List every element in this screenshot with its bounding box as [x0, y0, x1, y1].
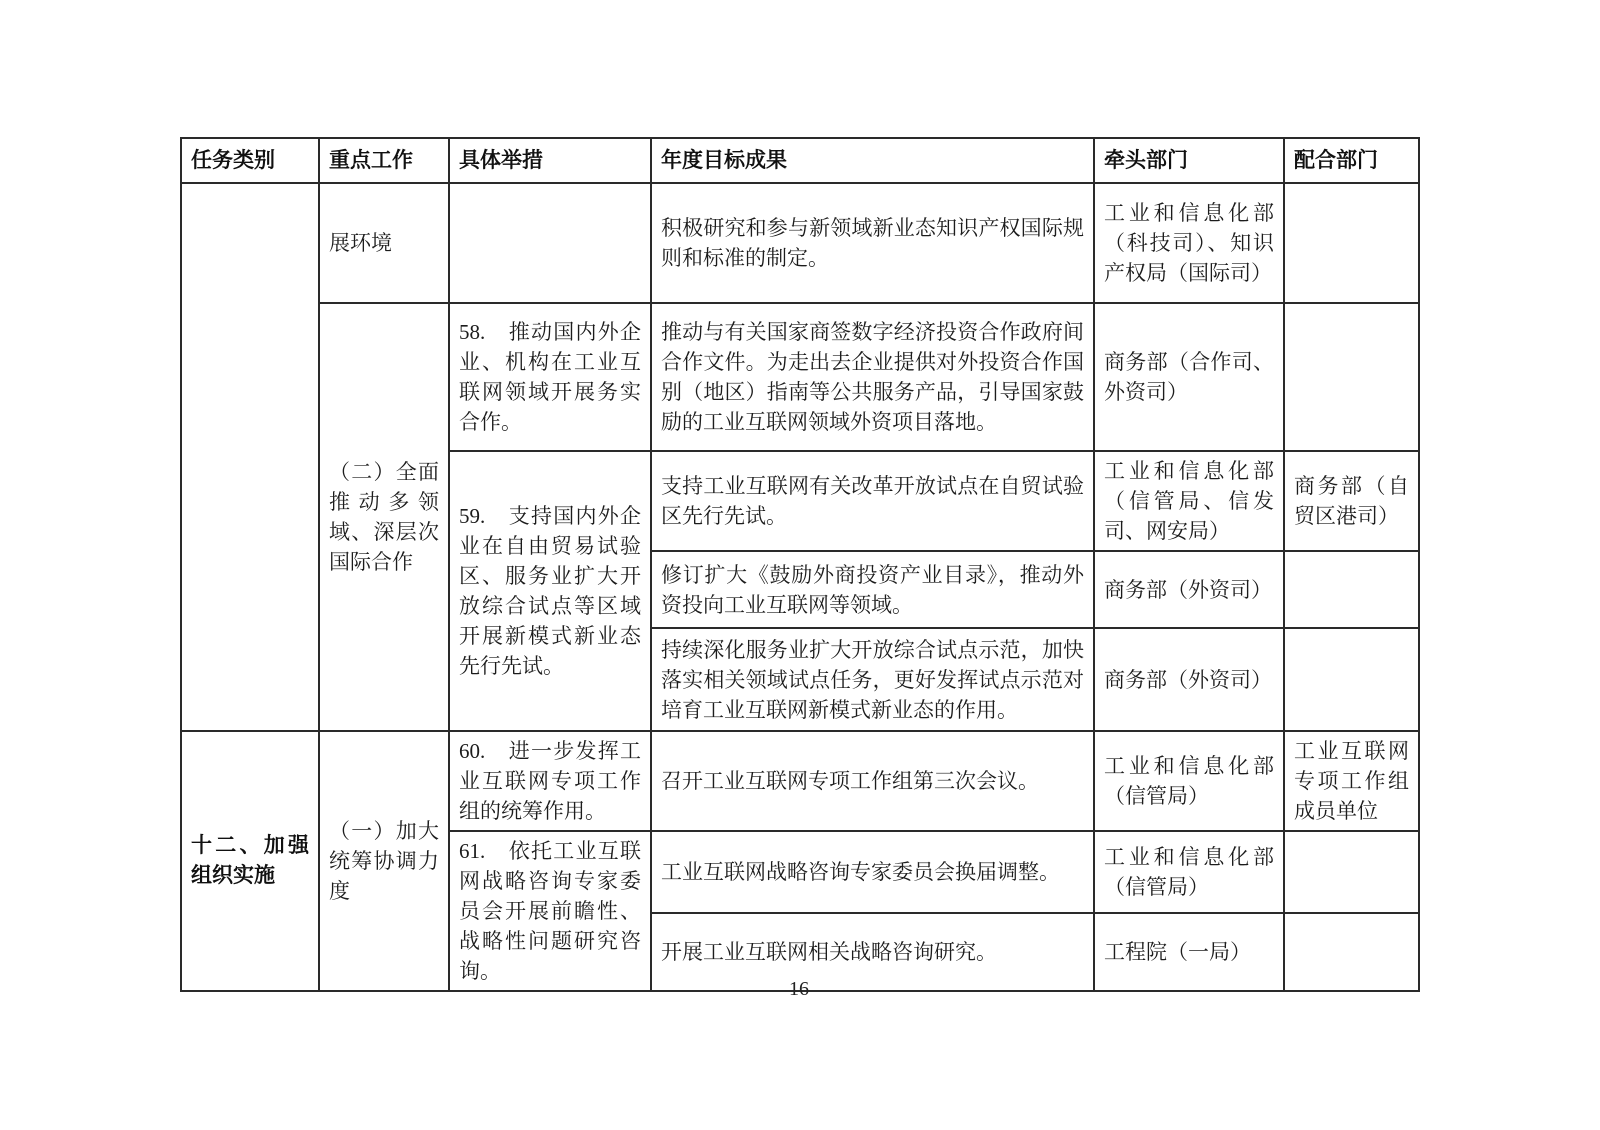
cell-lead-60: 工业和信息化部（信管局）: [1094, 731, 1284, 831]
cell-support-60: 工业互联网专项工作组成员单位: [1284, 731, 1419, 831]
cell-measure-59: 59. 支持国内外企业在自由贸易试验区、服务业扩大开放综合试点等区域开展新模式新…: [449, 451, 651, 731]
cell-goal-60: 召开工业互联网专项工作组第三次会议。: [651, 731, 1094, 831]
cell-support-59a: 商务部（自贸区港司）: [1284, 451, 1419, 551]
cell-goal-59b: 修订扩大《鼓励外商投资产业目录》，推动外资投向工业互联网等领域。: [651, 551, 1094, 628]
header-lead-department: 牵头部门: [1094, 138, 1284, 183]
cell-measure-58: 58. 推动国内外企业、机构在工业互联网领域开展务实合作。: [449, 303, 651, 451]
cell-support-59c: [1284, 628, 1419, 731]
cell-support-continued: [1284, 183, 1419, 303]
table-row: （二）全面推动多领域、深层次国际合作 58. 推动国内外企业、机构在工业互联网领…: [181, 303, 1419, 451]
cell-lead-59a: 工业和信息化部（信管局、信发司、网安局）: [1094, 451, 1284, 551]
header-support-department: 配合部门: [1284, 138, 1419, 183]
cell-goal-continued: 积极研究和参与新领域新业态知识产权国际规则和标准的制定。: [651, 183, 1094, 303]
document-page: 任务类别 重点工作 具体举措 年度目标成果 牵头部门 配合部门 展环境 积极研究…: [0, 0, 1600, 1130]
header-annual-target: 年度目标成果: [651, 138, 1094, 183]
cell-category-continued: [181, 183, 319, 731]
cell-measure-60: 60. 进一步发挥工业互联网专项工作组的统筹作用。: [449, 731, 651, 831]
cell-measure-61: 61. 依托工业互联网战略咨询专家委员会开展前瞻性、战略性问题研究咨询。: [449, 831, 651, 991]
cell-support-61a: [1284, 831, 1419, 913]
cell-measure-continued: [449, 183, 651, 303]
header-specific-measures: 具体举措: [449, 138, 651, 183]
cell-goal-59a: 支持工业互联网有关改革开放试点在自贸试验区先行先试。: [651, 451, 1094, 551]
cell-category-12: 十二、加强组织实施: [181, 731, 319, 991]
cell-goal-59c: 持续深化服务业扩大开放综合试点示范，加快落实相关领域试点任务，更好发挥试点示范对…: [651, 628, 1094, 731]
cell-goal-58: 推动与有关国家商签数字经济投资合作政府间合作文件。为走出去企业提供对外投资合作国…: [651, 303, 1094, 451]
cell-keywork-12: （一）加大统筹协调力度: [319, 731, 449, 991]
table-row: 十二、加强组织实施 （一）加大统筹协调力度 60. 进一步发挥工业互联网专项工作…: [181, 731, 1419, 831]
header-key-work: 重点工作: [319, 138, 449, 183]
cell-lead-58: 商务部（合作司、外资司）: [1094, 303, 1284, 451]
page-number: 16: [180, 978, 1418, 1001]
cell-lead-59c: 商务部（外资司）: [1094, 628, 1284, 731]
cell-lead-61a: 工业和信息化部（信管局）: [1094, 831, 1284, 913]
table-header-row: 任务类别 重点工作 具体举措 年度目标成果 牵头部门 配合部门: [181, 138, 1419, 183]
cell-keywork-continued: 展环境: [319, 183, 449, 303]
cell-lead-59b: 商务部（外资司）: [1094, 551, 1284, 628]
header-task-category: 任务类别: [181, 138, 319, 183]
cell-goal-61a: 工业互联网战略咨询专家委员会换届调整。: [651, 831, 1094, 913]
task-plan-table: 任务类别 重点工作 具体举措 年度目标成果 牵头部门 配合部门 展环境 积极研究…: [180, 137, 1420, 992]
cell-lead-continued: 工业和信息化部（科技司）、知识产权局（国际司）: [1094, 183, 1284, 303]
cell-support-59b: [1284, 551, 1419, 628]
cell-keywork-2: （二）全面推动多领域、深层次国际合作: [319, 303, 449, 731]
table-row: 展环境 积极研究和参与新领域新业态知识产权国际规则和标准的制定。 工业和信息化部…: [181, 183, 1419, 303]
cell-support-58: [1284, 303, 1419, 451]
